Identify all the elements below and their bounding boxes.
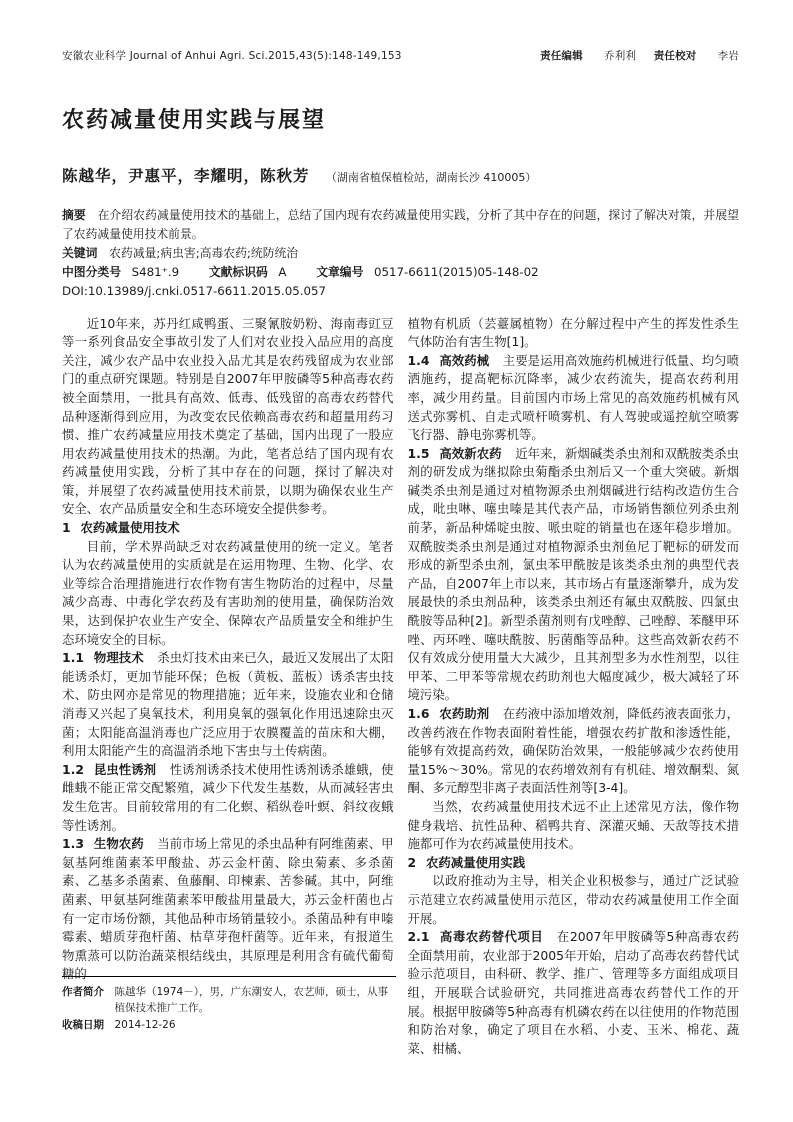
keywords-label: 关键词 (62, 246, 97, 260)
subsection-title: 高效新农药 (439, 446, 501, 461)
editor-label: 责任编辑 (540, 50, 583, 62)
subsection-text: 当前市场上常见的杀虫品种有阿维菌素、甲氨基阿维菌素苯甲酸盐、苏云金杆菌、除虫菊素… (62, 836, 394, 981)
doc-code-label: 文献标识码 (209, 265, 268, 279)
classification-line: 中图分类号S481⁺.9 文献标识码A 文章编号0517-6611(2015)0… (62, 263, 739, 282)
subsection-number: 1.6 (408, 706, 430, 721)
proofreader-item: 责任校对 李岩 (654, 50, 739, 62)
article-body: 近10年来，苏丹红咸鸭蛋、三聚氰胺奶粉、海南毒豇豆等一系列食品安全事故引发了人们… (62, 315, 739, 1059)
section-heading-2: 2农药减量使用实践 (408, 854, 740, 873)
author-bio-row: 作者简介 陈越华（1974－），男，广东潮安人，农艺师，硕士，从事植保技术推广工… (62, 984, 396, 1017)
subsection-1-2: 1.2昆虫性诱剂性诱剂诱杀技术使用性诱剂诱杀雄蛾，使雌蛾不能正常交配繁殖，减少下… (62, 761, 394, 835)
authors-line: 陈越华，尹惠平，李耀明，陈秋芳 （湖南省植保植检站，湖南长沙 410005） (62, 164, 739, 186)
section-title: 农药减量使用技术 (81, 520, 180, 535)
article-meta: 摘要在介绍农药减量使用技术的基础上，总结了国内现有农药减量使用实践，分析了其中存… (62, 206, 739, 302)
article-id-segment: 文章编号0517-6611(2015)05-148-02 (316, 265, 538, 279)
paragraph-continuation: 植物有机质（芸薹属植物）在分解过程中产生的挥发性杀生气体防治有害生物[1]。 (408, 315, 740, 352)
date-label: 收稿日期 (62, 1017, 104, 1033)
first-page-footnote: 作者简介 陈越华（1974－），男，广东潮安人，农艺师，硕士，从事植保技术推广工… (62, 976, 396, 1033)
bio-label: 作者简介 (62, 984, 104, 1017)
section-number: 2 (408, 855, 417, 870)
subsection-1-3: 1.3生物农药当前市场上常见的杀虫品种有阿维菌素、甲氨基阿维菌素苯甲酸盐、苏云金… (62, 835, 394, 984)
proofreader-name: 李岩 (718, 50, 739, 62)
doc-code-value: A (278, 265, 286, 279)
subsection-title: 生物农药 (94, 836, 144, 851)
date-value: 2014-12-26 (115, 1017, 176, 1033)
subsection-1-5: 1.5高效新农药近年来，新烟碱类杀虫剂和双酰胺类杀虫剂的研发成为继拟除虫菊酯杀虫… (408, 445, 740, 705)
subsection-1-6: 1.6农药助剂在药液中添加增效剂，降低药液表面张力，改善药液在作物表面附着性能，… (408, 705, 740, 798)
editor-item: 责任编辑 乔利利 (540, 50, 636, 62)
journal-citation: 安徽农业科学 Journal of Anhui Agri. Sci.2015,4… (62, 48, 402, 63)
paragraph: 当然，农药减量使用技术远不止上述常见方法，像作物健身栽培、抗性品种、稻鸭共育、深… (408, 798, 740, 854)
subsection-text: 近年来，新烟碱类杀虫剂和双酰胺类杀虫剂的研发成为继拟除虫菊酯杀虫剂后又一个重大突… (408, 446, 740, 703)
doi-line: DOI:10.13989/j.cnki.0517-6611.2015.05.05… (62, 282, 739, 301)
abstract-label: 摘要 (62, 208, 86, 222)
subsection-number: 1.5 (408, 446, 430, 461)
subsection-1-4: 1.4高效药械主要是运用高效施药机械进行低量、均匀喷洒施药，提高靶标沉降率，减少… (408, 352, 740, 445)
subsection-number: 1.2 (62, 762, 84, 777)
subsection-title: 昆虫性诱剂 (94, 762, 156, 777)
editor-name: 乔利利 (604, 50, 636, 62)
editors-line: 责任编辑 乔利利 责任校对 李岩 (526, 48, 739, 63)
journal-page: 安徽农业科学 Journal of Anhui Agri. Sci.2015,4… (0, 0, 793, 1122)
bio-text: 陈越华（1974－），男，广东潮安人，农艺师，硕士，从事植保技术推广工作。 (115, 984, 397, 1017)
article-title: 农药减量使用实践与展望 (62, 103, 739, 134)
doc-code-segment: 文献标识码A (209, 265, 287, 279)
right-column: 植物有机质（芸薹属植物）在分解过程中产生的挥发性杀生气体防治有害生物[1]。 1… (408, 315, 740, 1059)
affiliation: （湖南省植保植检站，湖南长沙 410005） (326, 171, 537, 184)
clc-segment: 中图分类号S481⁺.9 (62, 265, 179, 279)
subsection-number: 2.1 (408, 929, 430, 944)
subsection-number: 1.4 (408, 353, 430, 368)
subsection-title: 高效药械 (439, 353, 489, 368)
section-number: 1 (62, 520, 71, 535)
subsection-1-1: 1.1物理技术杀虫灯技术由来已久，最近又发展出了太阳能诱杀灯，更加节能环保；色板… (62, 649, 394, 761)
paragraph: 以政府推动为主导，相关企业积极参与，通过广泛试验示范建立农药减量使用示范区，带动… (408, 872, 740, 928)
left-column: 近10年来，苏丹红咸鸭蛋、三聚氰胺奶粉、海南毒豇豆等一系列食品安全事故引发了人们… (62, 315, 394, 1059)
clc-label: 中图分类号 (62, 265, 121, 279)
section-title: 农药减量使用实践 (426, 855, 525, 870)
proofreader-label: 责任校对 (654, 50, 697, 62)
paragraph: 近10年来，苏丹红咸鸭蛋、三聚氰胺奶粉、海南毒豇豆等一系列食品安全事故引发了人们… (62, 315, 394, 520)
abstract-line: 摘要在介绍农药减量使用技术的基础上，总结了国内现有农药减量使用实践，分析了其中存… (62, 206, 739, 244)
page-header: 安徽农业科学 Journal of Anhui Agri. Sci.2015,4… (62, 48, 739, 63)
article-id-label: 文章编号 (316, 265, 363, 279)
section-heading-1: 1农药减量使用技术 (62, 519, 394, 538)
article-id-value: 0517-6611(2015)05-148-02 (374, 265, 539, 279)
paragraph: 目前，学术界尚缺乏对农药减量使用的统一定义。笔者认为农药减量使用的实质就是在运用… (62, 538, 394, 650)
subsection-title: 高毒农药替代项目 (439, 929, 543, 944)
received-date-row: 收稿日期 2014-12-26 (62, 1017, 396, 1033)
footnote-divider (62, 976, 396, 977)
subsection-number: 1.1 (62, 650, 84, 665)
author-names: 陈越华，尹惠平，李耀明，陈秋芳 (62, 167, 310, 185)
subsection-title: 农药助剂 (439, 706, 489, 721)
subsection-title: 物理技术 (94, 650, 144, 665)
abstract-text: 在介绍农药减量使用技术的基础上，总结了国内现有农药减量使用实践，分析了其中存在的… (62, 208, 739, 241)
keywords-text: 农药减量;病虫害;高毒农药;统防统治 (109, 246, 298, 260)
keywords-line: 关键词农药减量;病虫害;高毒农药;统防统治 (62, 244, 739, 263)
subsection-text: 杀虫灯技术由来已久，最近又发展出了太阳能诱杀灯，更加节能环保；色板（黄板、蓝板）… (62, 650, 394, 758)
clc-value: S481⁺.9 (132, 265, 180, 279)
subsection-2-1: 2.1高毒农药替代项目在2007年甲胺磷等5种高毒农药全面禁用前，农业部于200… (408, 928, 740, 1058)
subsection-text: 在2007年甲胺磷等5种高毒农药全面禁用前，农业部于2005年开始，启动了高毒农… (408, 929, 740, 1056)
subsection-number: 1.3 (62, 836, 84, 851)
